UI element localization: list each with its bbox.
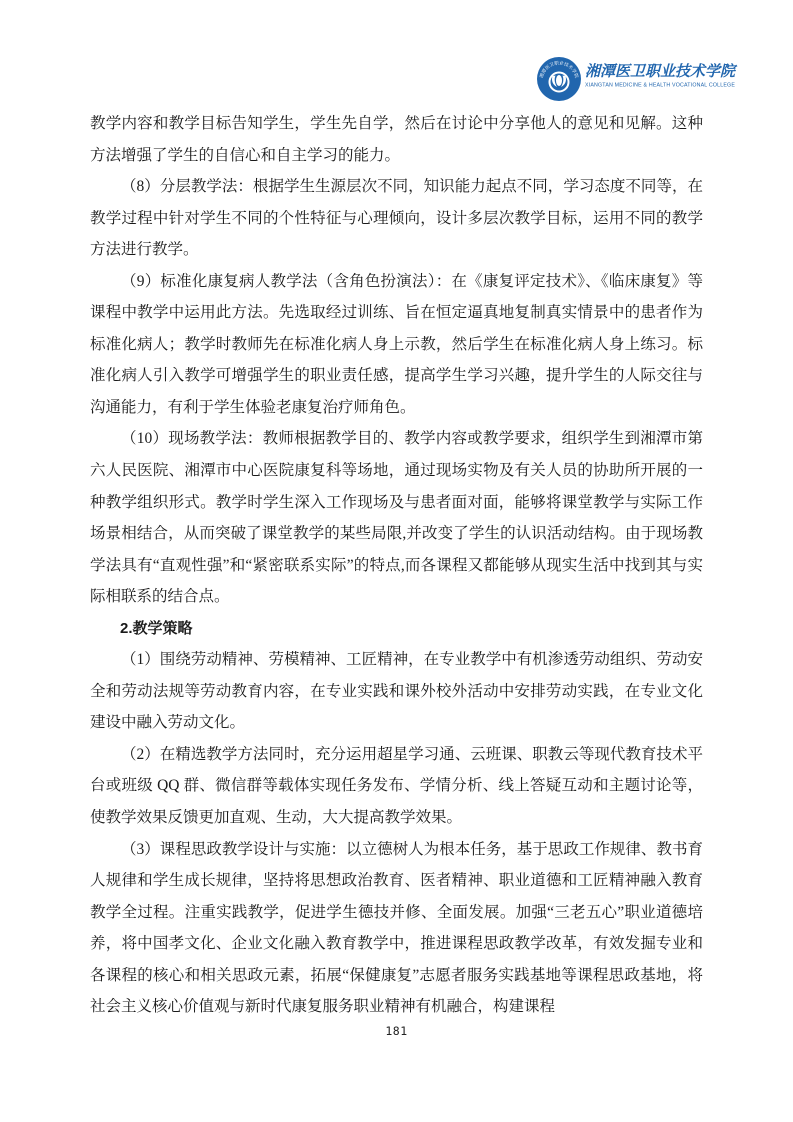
document-body: 教学内容和教学目标告知学生，学生先自学，然后在讨论中分享他人的意见和见解。这种方… (90, 108, 703, 1023)
body-paragraph-continuation: 教学内容和教学目标告知学生，学生先自学，然后在讨论中分享他人的意见和见解。这种方… (90, 108, 703, 171)
document-page: 湘潭医卫职业技术学院 湘潭医卫职业技术学院 XIANGTAN MEDICINE … (0, 0, 793, 1122)
college-emblem-icon: 湘潭医卫职业技术学院 (536, 56, 582, 102)
body-paragraph-method-10: （10）现场教学法：教师根据教学目的、教学内容或教学要求，组织学生到湘潭市第六人… (90, 423, 703, 612)
college-name-block: 湘潭医卫职业技术学院 XIANGTAN MEDICINE & HEALTH VO… (585, 56, 730, 90)
body-paragraph-method-8: （8）分层教学法：根据学生生源层次不同，知识能力起点不同，学习态度不同等，在教学… (90, 171, 703, 266)
page-number: 181 (0, 1024, 793, 1038)
section-heading-teaching-strategy: 2.教学策略 (90, 613, 703, 645)
body-paragraph-strategy-3: （3）课程思政教学设计与实施：以立德树人为根本任务，基于思政工作规律、教书育人规… (90, 834, 703, 1023)
body-paragraph-strategy-2: （2）在精选教学方法同时，充分运用超星学习通、云班课、职教云等现代教育技术平台或… (90, 739, 703, 834)
body-paragraph-strategy-1: （1）围绕劳动精神、劳模精神、工匠精神，在专业教学中有机渗透劳动组织、劳动安全和… (90, 644, 703, 739)
college-logo: 湘潭医卫职业技术学院 湘潭医卫职业技术学院 XIANGTAN MEDICINE … (536, 56, 730, 102)
college-name-zh: 湘潭医卫职业技术学院 (585, 61, 730, 81)
body-paragraph-method-9: （9）标准化康复病人教学法（含角色扮演法）：在《康复评定技术》、《临床康复》等课… (90, 266, 703, 424)
college-name-en: XIANGTAN MEDICINE & HEALTH VOCATIONAL CO… (585, 82, 713, 89)
